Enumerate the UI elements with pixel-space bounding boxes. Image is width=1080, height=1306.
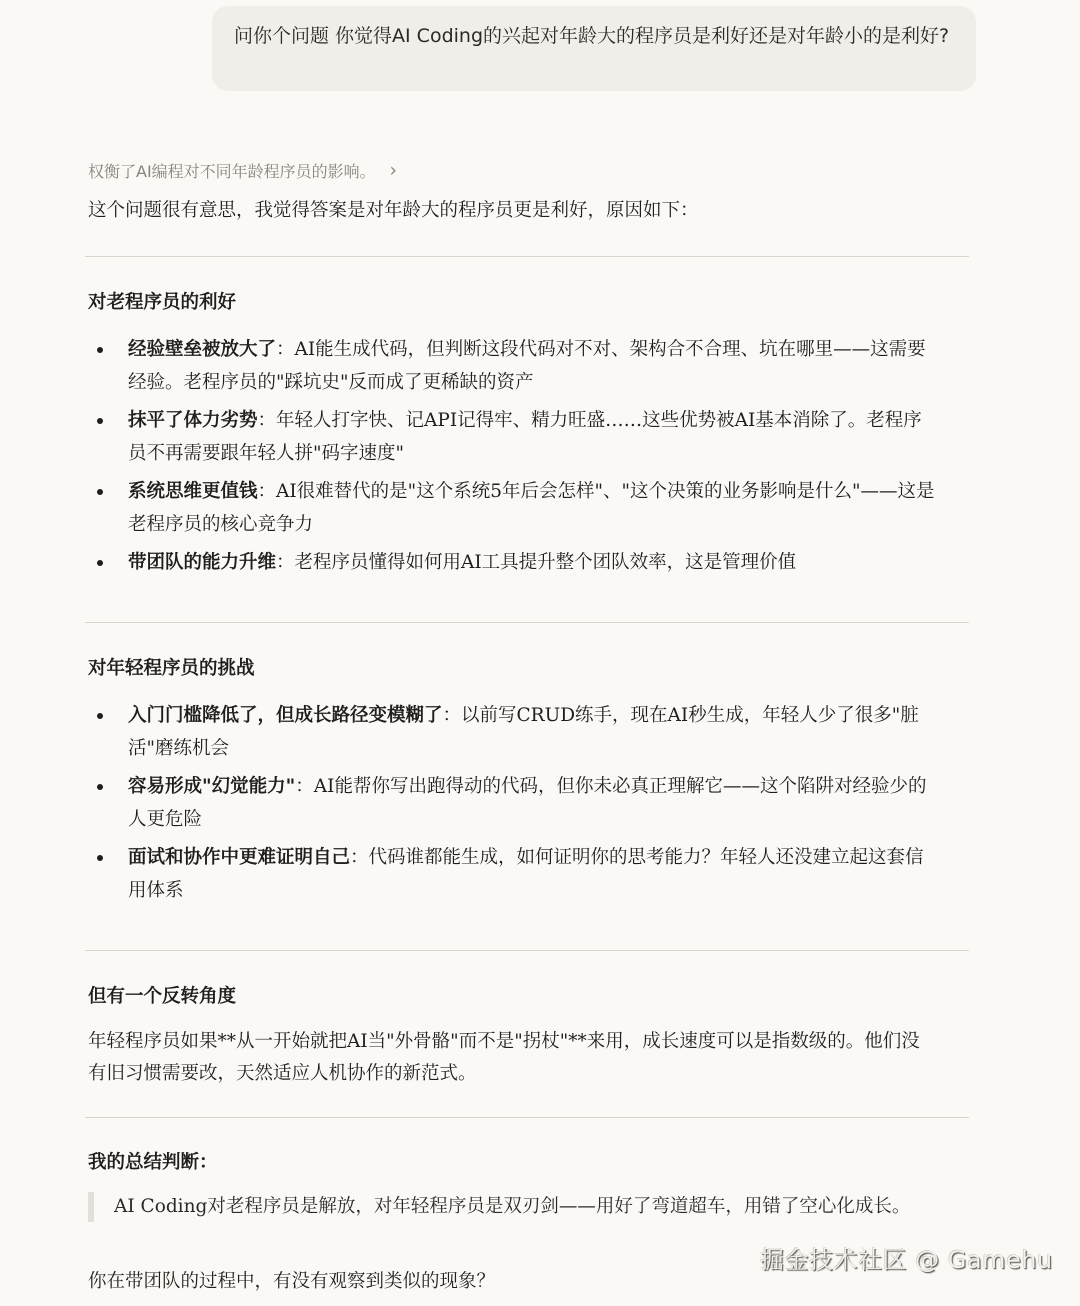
twist-paragraph: 年轻程序员如果**从一开始就把AI当"外骨骼"而不是"拐杖"**来用，成长速度可… [88,1026,938,1090]
bullet-icon [97,784,103,790]
item-lead: 面试和协作中更难证明自己 [128,847,350,868]
summary-blockquote: AI Coding对老程序员是解放，对年轻程序员是双刃剑——用好了弯道超车，用错… [88,1192,944,1222]
list-item: 容易形成"幻觉能力"：AI能帮你写出跑得动的代码，但你未必真正理解它——这个陷阱… [88,770,938,836]
list-item: 抹平了体力劣势：年轻人打字快、记API记得牢、精力旺盛……这些优势被AI基本消除… [88,404,938,470]
section-title-twist: 但有一个反转角度 [88,982,236,1012]
list-item: 带团队的能力升维：老程序员懂得如何用AI工具提升整个团队效率，这是管理价值 [88,546,938,579]
bullet-icon [97,855,103,861]
item-lead: 抹平了体力劣势 [128,410,258,431]
section-title-juniors: 对年轻程序员的挑战 [88,654,255,684]
response-intro: 这个问题很有意思，我觉得答案是对年龄大的程序员更是利好，原因如下： [88,196,699,226]
seniors-benefits-list: 经验壁垒被放大了：AI能生成代码，但判断这段代码对不对、架构合不合理、坑在哪里—… [88,333,938,584]
watermark: 掘金技术社区 @ Gamehu [760,1240,1053,1275]
item-lead: 入门门槛降低了，但成长路径变模糊了 [128,705,443,726]
item-lead: 容易形成"幻觉能力" [128,776,295,797]
list-item: 系统思维更值钱：AI很难替代的是"这个系统5年后会怎样"、"这个决策的业务影响是… [88,475,938,541]
thinking-summary-toggle[interactable]: 权衡了AI编程对不同年龄程序员的影响。 › [88,159,397,182]
user-message-bubble: 问你个问题 你觉得AI Coding的兴起对年龄大的程序员是利好还是对年龄小的是… [212,6,976,91]
divider [85,950,969,951]
juniors-challenges-list: 入门门槛降低了，但成长路径变模糊了：以前写CRUD练手，现在AI秒生成，年轻人少… [88,699,938,912]
bullet-icon [97,418,103,424]
divider [85,622,969,623]
bullet-icon [97,489,103,495]
bullet-icon [97,713,103,719]
user-message-text: 问你个问题 你觉得AI Coding的兴起对年龄大的程序员是利好还是对年龄小的是… [234,25,949,47]
divider [85,1117,969,1118]
list-item: 面试和协作中更难证明自己：代码谁都能生成，如何证明你的思考能力？年轻人还没建立起… [88,841,938,907]
thinking-summary-text: 权衡了AI编程对不同年龄程序员的影响。 [88,159,376,182]
chevron-right-icon: › [390,159,397,182]
list-item: 经验壁垒被放大了：AI能生成代码，但判断这段代码对不对、架构合不合理、坑在哪里—… [88,333,938,399]
section-title-seniors: 对老程序员的利好 [88,288,236,318]
bullet-icon [97,560,103,566]
item-lead: 经验壁垒被放大了 [128,339,276,360]
summary-title: 我的总结判断： [88,1148,218,1178]
divider [85,256,969,257]
item-lead: 带团队的能力升维 [128,552,276,573]
item-text: ：老程序员懂得如何用AI工具提升整个团队效率，这是管理价值 [276,552,796,573]
bullet-icon [97,347,103,353]
list-item: 入门门槛降低了，但成长路径变模糊了：以前写CRUD练手，现在AI秒生成，年轻人少… [88,699,938,765]
item-lead: 系统思维更值钱 [128,481,258,502]
